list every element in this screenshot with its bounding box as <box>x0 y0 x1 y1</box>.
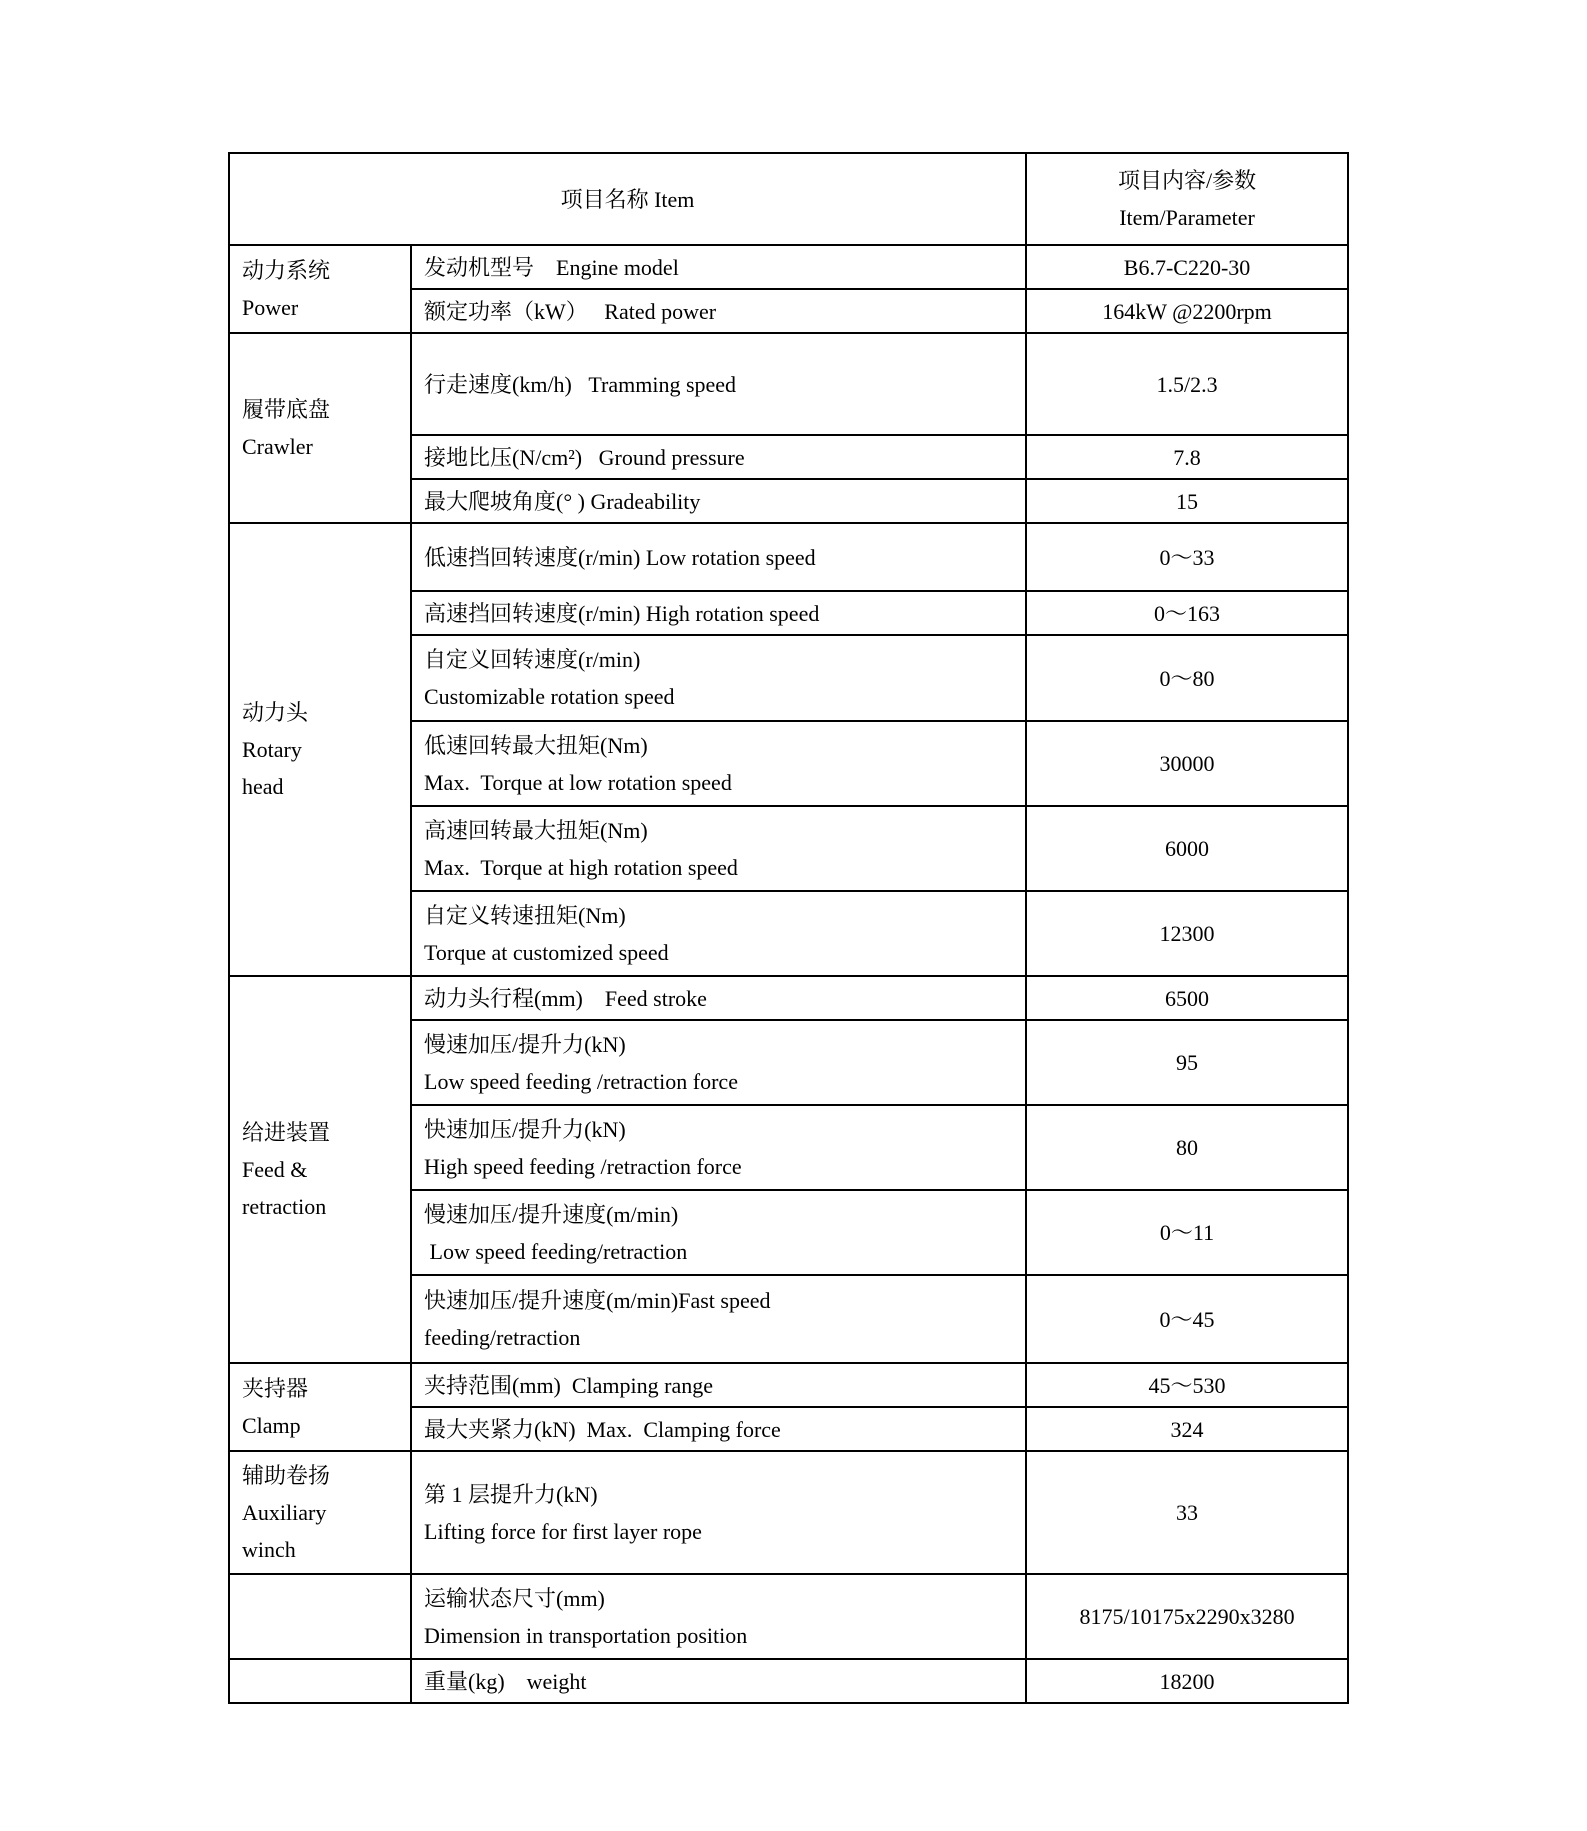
category-cell-rotary-head: 动力头 Rotary head <box>229 523 411 976</box>
table-row: 动力头 Rotary head 低速挡回转速度(r/min) Low rotat… <box>229 523 1348 591</box>
category-cell-crawler: 履带底盘 Crawler <box>229 333 411 523</box>
value-cell: 6000 <box>1026 806 1348 891</box>
table-row: 履带底盘 Crawler 行走速度(km/h) Tramming speed 1… <box>229 333 1348 435</box>
value-cell: 33 <box>1026 1451 1348 1574</box>
value-cell: 164kW @2200rpm <box>1026 289 1348 333</box>
value-cell: 30000 <box>1026 721 1348 806</box>
category-cell-feed-retraction: 给进装置 Feed & retraction <box>229 976 411 1363</box>
item-cell: 慢速加压/提升力(kN) Low speed feeding /retracti… <box>411 1020 1026 1105</box>
value-cell: 80 <box>1026 1105 1348 1190</box>
value-cell: 12300 <box>1026 891 1348 976</box>
header-item-cell: 项目名称 Item <box>229 153 1026 245</box>
table-row: 辅助卷扬 Auxiliary winch 第 1 层提升力(kN) Liftin… <box>229 1451 1348 1574</box>
item-cell: 运输状态尺寸(mm) Dimension in transportation p… <box>411 1574 1026 1659</box>
table-header-row: 项目名称 Item 项目内容/参数 Item/Parameter <box>229 153 1348 245</box>
item-cell: 动力头行程(mm) Feed stroke <box>411 976 1026 1020</box>
table-row: 夹持器 Clamp 夹持范围(mm) Clamping range 45～530 <box>229 1363 1348 1407</box>
value-cell: 0～33 <box>1026 523 1348 591</box>
value-cell: 6500 <box>1026 976 1348 1020</box>
category-cell-power: 动力系统 Power <box>229 245 411 333</box>
item-cell: 快速加压/提升力(kN) High speed feeding /retract… <box>411 1105 1026 1190</box>
value-cell: 18200 <box>1026 1659 1348 1703</box>
table-row: 重量(kg) weight 18200 <box>229 1659 1348 1703</box>
item-cell: 夹持范围(mm) Clamping range <box>411 1363 1026 1407</box>
item-cell: 自定义回转速度(r/min) Customizable rotation spe… <box>411 635 1026 721</box>
category-cell-clamp: 夹持器 Clamp <box>229 1363 411 1451</box>
item-cell: 自定义转速扭矩(Nm) Torque at customized speed <box>411 891 1026 976</box>
value-cell: 95 <box>1026 1020 1348 1105</box>
category-cell-empty-2 <box>229 1659 411 1703</box>
value-cell: 1.5/2.3 <box>1026 333 1348 435</box>
value-cell: B6.7-C220-30 <box>1026 245 1348 289</box>
category-cell-auxiliary-winch: 辅助卷扬 Auxiliary winch <box>229 1451 411 1574</box>
category-cell-empty-1 <box>229 1574 411 1659</box>
item-cell: 最大夹紧力(kN) Max. Clamping force <box>411 1407 1026 1451</box>
item-cell: 行走速度(km/h) Tramming speed <box>411 333 1026 435</box>
item-cell: 重量(kg) weight <box>411 1659 1026 1703</box>
value-cell: 7.8 <box>1026 435 1348 479</box>
item-cell: 额定功率（kW） Rated power <box>411 289 1026 333</box>
value-cell: 8175/10175x2290x3280 <box>1026 1574 1348 1659</box>
document-page: 项目名称 Item 项目内容/参数 Item/Parameter 动力系统 Po… <box>0 0 1587 1831</box>
item-cell: 第 1 层提升力(kN) Lifting force for first lay… <box>411 1451 1026 1574</box>
item-cell: 慢速加压/提升速度(m/min) Low speed feeding/retra… <box>411 1190 1026 1275</box>
item-cell: 接地比压(N/cm²) Ground pressure <box>411 435 1026 479</box>
table-row: 给进装置 Feed & retraction 动力头行程(mm) Feed st… <box>229 976 1348 1020</box>
item-cell: 快速加压/提升速度(m/min)Fast speed feeding/retra… <box>411 1275 1026 1363</box>
item-cell: 低速回转最大扭矩(Nm) Max. Torque at low rotation… <box>411 721 1026 806</box>
item-cell: 高速挡回转速度(r/min) High rotation speed <box>411 591 1026 635</box>
item-cell: 低速挡回转速度(r/min) Low rotation speed <box>411 523 1026 591</box>
item-cell: 最大爬坡角度(° ) Gradeability <box>411 479 1026 523</box>
table-row: 运输状态尺寸(mm) Dimension in transportation p… <box>229 1574 1348 1659</box>
item-cell: 发动机型号 Engine model <box>411 245 1026 289</box>
value-cell: 324 <box>1026 1407 1348 1451</box>
header-parameter-cell: 项目内容/参数 Item/Parameter <box>1026 153 1348 245</box>
value-cell: 15 <box>1026 479 1348 523</box>
value-cell: 45～530 <box>1026 1363 1348 1407</box>
value-cell: 0～163 <box>1026 591 1348 635</box>
value-cell: 0～80 <box>1026 635 1348 721</box>
table-row: 动力系统 Power 发动机型号 Engine model B6.7-C220-… <box>229 245 1348 289</box>
value-cell: 0～11 <box>1026 1190 1348 1275</box>
spec-table: 项目名称 Item 项目内容/参数 Item/Parameter 动力系统 Po… <box>228 152 1349 1704</box>
value-cell: 0～45 <box>1026 1275 1348 1363</box>
item-cell: 高速回转最大扭矩(Nm) Max. Torque at high rotatio… <box>411 806 1026 891</box>
